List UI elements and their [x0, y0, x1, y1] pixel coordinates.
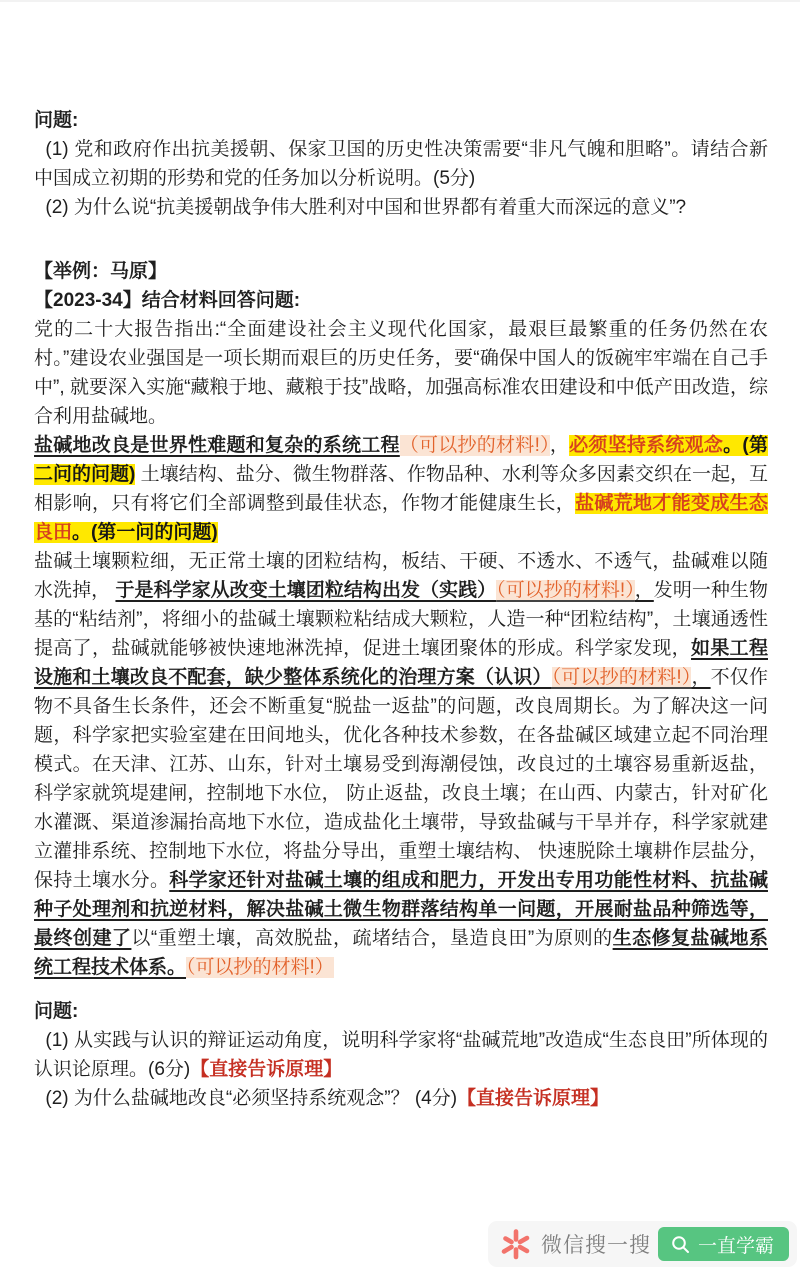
- question-block-top: 问题: (1) 党和政府作出抗美援朝、保家卫国的历史性决策需要“非凡气魄和胆略”…: [34, 106, 768, 222]
- text-run: 【直接告诉原理】: [190, 1059, 342, 1080]
- wechat-search-logo-icon: [498, 1226, 534, 1262]
- text-run: ，: [691, 667, 710, 688]
- wechat-search-brand-label: 微信搜一搜: [541, 1229, 651, 1259]
- text-run: ，: [635, 580, 654, 601]
- text-run: 盐碱地改良是世界性难题和复杂的系统工程: [34, 435, 400, 456]
- text-run: （可以抄的材料!）: [400, 435, 550, 456]
- example-title: 【2023-34】结合材料回答问题:: [34, 286, 768, 315]
- question-item-2: (2) 为什么说“抗美援朝战争伟大胜利对中国和世界都有着重大而深远的意义”?: [34, 193, 768, 222]
- search-pill[interactable]: 一直学霸: [658, 1227, 789, 1261]
- text-run: 不仅作物不具备生长条件，还会不断重复“脱盐一返盐”的问题，改良周期长。为了解决这…: [34, 667, 768, 891]
- example-tag: 【举例：马原】: [34, 257, 768, 286]
- wechat-search-watermark-bar: 微信搜一搜 一直学霸: [488, 1221, 797, 1267]
- text-run: (2) 为什么盐碱地改良“必须坚持系统观念”？ (4分): [45, 1088, 457, 1109]
- document-page: 问题: (1) 党和政府作出抗美援朝、保家卫国的历史性决策需要“非凡气魄和胆略”…: [0, 0, 800, 1113]
- search-query-label: 一直学霸: [698, 1231, 774, 1258]
- text-run: （可以抄的材料!）: [552, 667, 692, 688]
- material-paragraph-3: 盐碱土壤颗粒细，无正常土壤的团粒结构，板结、干硬、不透水、不透气，盐碱难以随水洗…: [34, 547, 768, 982]
- question-heading-bottom: 问题:: [34, 997, 768, 1026]
- question-item-1: (1) 党和政府作出抗美援朝、保家卫国的历史性决策需要“非凡气魄和胆略”。请结合…: [34, 135, 768, 193]
- screenshot-root: { "colors":{ "yellow":"#ffe800","peach":…: [0, 0, 800, 1269]
- search-icon: [670, 1234, 691, 1255]
- text-run: (1) 从实践与认识的辩证运动角度，说明科学家将“盐碱荒地”改造成“生态良田”所…: [34, 1030, 768, 1080]
- text-run: （可以抄的材料!）: [186, 957, 334, 978]
- example-block: 【举例：马原】 【2023-34】结合材料回答问题: 党的二十大报告指出:“全面…: [34, 257, 768, 982]
- material-paragraph-2: 盐碱地改良是世界性难题和复杂的系统工程（可以抄的材料!），必须坚持系统观念。(第…: [34, 431, 768, 547]
- bottom-question-item-1: (1) 从实践与认识的辩证运动角度，说明科学家将“盐碱荒地”改造成“生态良田”所…: [34, 1026, 768, 1084]
- text-run: ，: [550, 435, 569, 456]
- question-block-bottom: 问题: (1) 从实践与认识的辩证运动角度，说明科学家将“盐碱荒地”改造成“生态…: [34, 997, 768, 1113]
- text-run: 【直接告诉原理】: [457, 1088, 609, 1109]
- text-run: 于是科学家从改变土壤团粒结构出发（实践）: [115, 580, 496, 601]
- text-run: 必须坚持系统观念: [569, 435, 723, 456]
- text-run: 以“重塑土壤，高效脱盐，疏堵结合，垦造良田”为原则的: [131, 928, 612, 949]
- text-run: 。(第一问的问题): [72, 522, 218, 543]
- text-run: （可以抄的材料!）: [496, 580, 635, 601]
- bottom-question-item-2: (2) 为什么盐碱地改良“必须坚持系统观念”？ (4分)【直接告诉原理】: [34, 1084, 768, 1113]
- material-paragraph-1: 党的二十大报告指出:“全面建设社会主义现代化国家，最艰巨最繁重的任务仍然在农村。…: [34, 315, 768, 431]
- question-heading: 问题:: [34, 106, 768, 135]
